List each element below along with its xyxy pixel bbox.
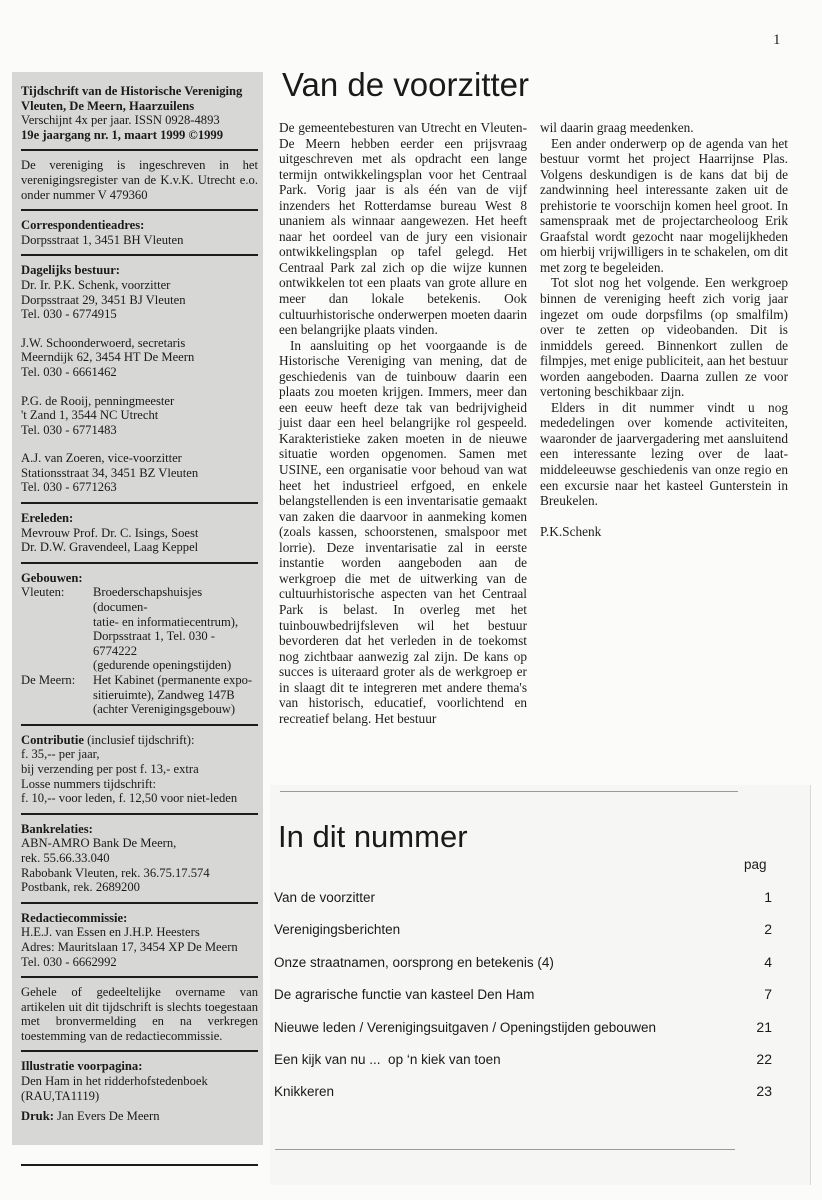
divider bbox=[21, 813, 258, 815]
toc-item-page: 2 bbox=[764, 921, 772, 937]
toc-item[interactable]: Van de voorzitter 1 bbox=[274, 889, 772, 921]
toc-item-label: Nieuwe leden / Verenigingsuitgaven / Ope… bbox=[274, 1020, 656, 1035]
buildings-section: Gebouwen: Vleuten: Broederschapshuisjes … bbox=[21, 571, 258, 723]
journal-title-line2: Vleuten, De Meern, Haarzuilens bbox=[21, 99, 258, 114]
article-column-1: De gemeentebesturen van Utrecht en Vleut… bbox=[279, 120, 527, 726]
heading-note: (inclusief tijdschrift): bbox=[84, 733, 195, 747]
heading-bold: Contributie bbox=[21, 733, 84, 747]
cover-illustration-section: Illustratie voorpagina: Den Ham in het r… bbox=[21, 1059, 258, 1109]
bank-line: Postbank, rek. 2689200 bbox=[21, 880, 258, 895]
toc-item-label: Onze straatnamen, oorsprong en betekenis… bbox=[274, 955, 554, 970]
honorary-member: Mevrouw Prof. Dr. C. Isings, Soest bbox=[21, 526, 258, 541]
divider bbox=[21, 562, 258, 564]
toc-item-page: 7 bbox=[764, 986, 772, 1002]
board-section: Dagelijks bestuur: Dr. Ir. P.K. Schenk, … bbox=[21, 263, 258, 501]
toc-item-label: Een kijk van nu ... op ‘n kiek van toen bbox=[274, 1052, 501, 1067]
divider bbox=[21, 502, 258, 504]
contribution-line: bij verzending per post f. 13,- extra bbox=[21, 762, 258, 777]
board-member: J.W. Schoonderwoerd, secretaris Meerndij… bbox=[21, 336, 258, 380]
building-line: Broederschapshuisjes (documen- bbox=[93, 585, 258, 614]
bank-line: rek. 55.66.33.040 bbox=[21, 851, 258, 866]
toc-item[interactable]: Onze straatnamen, oorsprong en betekenis… bbox=[274, 954, 772, 986]
board-member: Dr. Ir. P.K. Schenk, voorzitter Dorpsstr… bbox=[21, 278, 258, 322]
member-phone: Tel. 030 - 6661462 bbox=[21, 365, 258, 380]
contribution-section: Contributie (inclusief tijdschrift): f. … bbox=[21, 733, 258, 812]
section-heading: Gebouwen: bbox=[21, 571, 258, 586]
member-address: 't Zand 1, 3544 NC Utrecht bbox=[21, 408, 258, 423]
building-line: (achter Verenigingsgebouw) bbox=[93, 702, 258, 717]
building-line: Dorpsstraat 1, Tel. 030 - 6774222 bbox=[93, 629, 258, 658]
toc-item-page: 22 bbox=[756, 1051, 772, 1067]
toc-item[interactable]: Verenigingsberichten 2 bbox=[274, 921, 772, 953]
member-address: Meerndijk 62, 3454 HT De Meern bbox=[21, 350, 258, 365]
divider bbox=[21, 976, 258, 978]
article-paragraph: Elders in dit nummer vindt u nog mededel… bbox=[540, 400, 788, 509]
frequency-issn: Verschijnt 4x per jaar. ISSN 0928-4893 bbox=[21, 113, 258, 128]
print-section: Druk: Jan Evers De Meern bbox=[21, 1109, 258, 1163]
article-paragraph: Tot slot nog het volgende. Een werkgroep… bbox=[540, 275, 788, 399]
toc-item-page: 21 bbox=[756, 1019, 772, 1035]
toc-item[interactable]: Knikkeren 23 bbox=[274, 1083, 772, 1115]
contribution-line: f. 35,-- per jaar, bbox=[21, 747, 258, 762]
section-heading: Redactiecommissie: bbox=[21, 911, 258, 926]
section-heading: Dagelijks bestuur: bbox=[21, 263, 258, 278]
divider bbox=[21, 1050, 258, 1052]
editorial-section: Redactiecommissie: H.E.J. van Essen en J… bbox=[21, 911, 258, 975]
registration-text: De vereniging is ingeschreven in het ver… bbox=[21, 158, 258, 208]
section-heading: Illustratie voorpagina: bbox=[21, 1059, 258, 1074]
table-of-contents: In dit nummer pag Van de voorzitter 1 Ve… bbox=[270, 785, 811, 1185]
member-address: Dorpsstraat 29, 3451 BJ Vleuten bbox=[21, 293, 258, 308]
article-paragraph: Een ander onderwerp op de agenda van het… bbox=[540, 136, 788, 276]
divider bbox=[21, 149, 258, 151]
board-member: A.J. van Zoeren, vice-voorzitter Station… bbox=[21, 451, 258, 495]
banking-section: Bankrelaties: ABN-AMRO Bank De Meern, re… bbox=[21, 822, 258, 901]
divider bbox=[21, 902, 258, 904]
toc-item[interactable]: Een kijk van nu ... op ‘n kiek van toen … bbox=[274, 1051, 772, 1083]
member-name: P.G. de Rooij, penningmeester bbox=[21, 394, 258, 409]
building-de-meern: De Meern: Het Kabinet (permanente expo- … bbox=[21, 673, 258, 717]
printer-name: Jan Evers De Meern bbox=[54, 1109, 160, 1123]
article-column-2: wil daarin graag meedenken. Een ander on… bbox=[540, 120, 788, 539]
divider bbox=[275, 1149, 735, 1150]
article-title: Van de voorzitter bbox=[282, 66, 529, 104]
colophon-sidebar: Tijdschrift van de Historische Verenigin… bbox=[12, 72, 263, 1145]
masthead: Tijdschrift van de Historische Verenigin… bbox=[21, 84, 258, 148]
member-phone: Tel. 030 - 6771263 bbox=[21, 480, 258, 495]
section-heading: Correspondentieadres: bbox=[21, 218, 258, 233]
section-heading: Bankrelaties: bbox=[21, 822, 258, 837]
section-heading: Contributie (inclusief tijdschrift): bbox=[21, 733, 258, 748]
toc-item-label: De agrarische functie van kasteel Den Ha… bbox=[274, 987, 534, 1002]
journal-title-line1: Tijdschrift van de Historische Verenigin… bbox=[21, 84, 258, 99]
building-line: sitieruimte), Zandweg 147B bbox=[93, 688, 258, 703]
member-name: Dr. Ir. P.K. Schenk, voorzitter bbox=[21, 278, 258, 293]
member-name: A.J. van Zoeren, vice-voorzitter bbox=[21, 451, 258, 466]
building-place: Vleuten: bbox=[21, 585, 93, 673]
toc-list: Van de voorzitter 1 Verenigingsberichten… bbox=[274, 889, 772, 1116]
correspondence-section: Correspondentieadres: Dorpsstraat 1, 345… bbox=[21, 218, 258, 253]
honorary-member: Dr. D.W. Gravendeel, Laag Keppel bbox=[21, 540, 258, 555]
editorial-line: Adres: Mauritslaan 17, 3454 XP De Meern bbox=[21, 940, 258, 955]
divider bbox=[21, 1164, 258, 1166]
section-heading: Druk: bbox=[21, 1109, 54, 1123]
toc-item-page: 4 bbox=[764, 954, 772, 970]
toc-item[interactable]: De agrarische functie van kasteel Den Ha… bbox=[274, 986, 772, 1018]
member-name: J.W. Schoonderwoerd, secretaris bbox=[21, 336, 258, 351]
building-details: Broederschapshuisjes (documen- tatie- en… bbox=[93, 585, 258, 673]
article-signature: P.K.Schenk bbox=[540, 524, 788, 540]
contribution-line: f. 10,-- voor leden, f. 12,50 voor niet-… bbox=[21, 791, 258, 806]
building-line: (gedurende openingstijden) bbox=[93, 658, 258, 673]
honorary-section: Ereleden: Mevrouw Prof. Dr. C. Isings, S… bbox=[21, 511, 258, 561]
building-line: tatie- en informatiecentrum), bbox=[93, 615, 258, 630]
building-place: De Meern: bbox=[21, 673, 93, 717]
correspondence-address: Dorpsstraat 1, 3451 BH Vleuten bbox=[21, 233, 258, 248]
article-paragraph: In aansluiting op het voorgaande is de H… bbox=[279, 338, 527, 727]
building-line: Het Kabinet (permanente expo- bbox=[93, 673, 258, 688]
toc-title: In dit nummer bbox=[278, 819, 468, 855]
issue-info: 19e jaargang nr. 1, maart 1999 ©1999 bbox=[21, 128, 258, 143]
bank-line: ABN-AMRO Bank De Meern, bbox=[21, 836, 258, 851]
editorial-line: Tel. 030 - 6662992 bbox=[21, 955, 258, 970]
bank-line: Rabobank Vleuten, rek. 36.75.17.574 bbox=[21, 866, 258, 881]
contribution-line: Losse nummers tijdschrift: bbox=[21, 777, 258, 792]
divider bbox=[21, 724, 258, 726]
divider bbox=[21, 209, 258, 211]
toc-item-page: 1 bbox=[764, 889, 772, 905]
copyright-notice: Gehele of gedeeltelijke overname van art… bbox=[21, 985, 258, 1049]
page-number: 1 bbox=[773, 32, 781, 49]
illustration-line: (RAU,TA1119) bbox=[21, 1089, 258, 1104]
member-phone: Tel. 030 - 6774915 bbox=[21, 307, 258, 322]
toc-item-label: Knikkeren bbox=[274, 1084, 334, 1099]
divider bbox=[280, 791, 738, 792]
article-paragraph: De gemeentebesturen van Utrecht en Vleut… bbox=[279, 120, 527, 338]
article-paragraph: wil daarin graag meedenken. bbox=[540, 120, 788, 136]
member-phone: Tel. 030 - 6771483 bbox=[21, 423, 258, 438]
illustration-line: Den Ham in het ridderhofstedenboek bbox=[21, 1074, 258, 1089]
building-vleuten: Vleuten: Broederschapshuisjes (documen- … bbox=[21, 585, 258, 673]
toc-item-label: Van de voorzitter bbox=[274, 890, 375, 905]
toc-page-header: pag bbox=[744, 857, 767, 872]
toc-item[interactable]: Nieuwe leden / Verenigingsuitgaven / Ope… bbox=[274, 1019, 772, 1051]
member-address: Stationsstraat 34, 3451 BZ Vleuten bbox=[21, 466, 258, 481]
board-member: P.G. de Rooij, penningmeester 't Zand 1,… bbox=[21, 394, 258, 438]
building-details: Het Kabinet (permanente expo- sitieruimt… bbox=[93, 673, 258, 717]
divider bbox=[21, 254, 258, 256]
toc-item-page: 23 bbox=[756, 1083, 772, 1099]
toc-item-label: Verenigingsberichten bbox=[274, 922, 400, 937]
section-heading: Ereleden: bbox=[21, 511, 258, 526]
editorial-line: H.E.J. van Essen en J.H.P. Heesters bbox=[21, 925, 258, 940]
